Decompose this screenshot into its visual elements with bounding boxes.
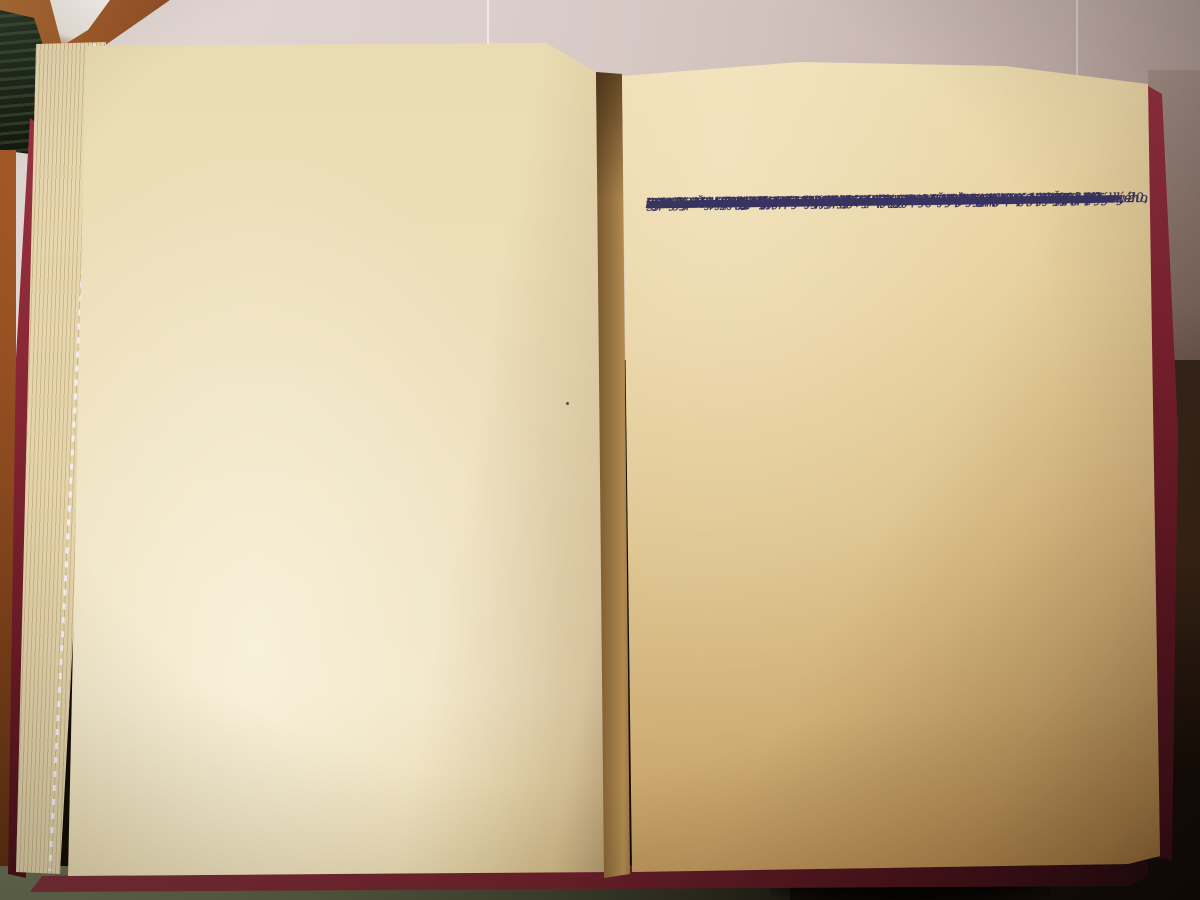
ink-speck xyxy=(566,402,569,405)
handwriting-text: V škol. roku 1973-74 škola dôsledne plni… xyxy=(646,188,1132,866)
wall-seam xyxy=(487,0,489,44)
photo-open-chronicle-book: V škol. roku 1973-74 škola dôsledne plni… xyxy=(0,0,1200,900)
left-page-blank xyxy=(60,40,620,880)
handwriting-line: na rôzne oslavy v rámci mesta. Naši učit… xyxy=(646,188,1117,215)
